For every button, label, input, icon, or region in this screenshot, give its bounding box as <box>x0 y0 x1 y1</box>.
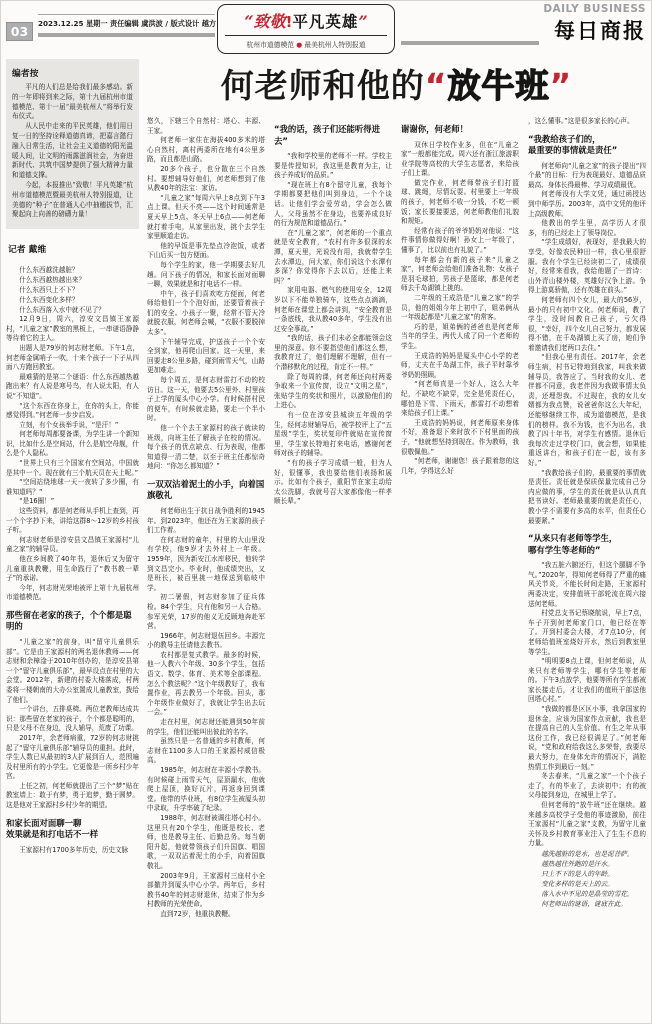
article-paragraph: 2017年，余老师病重，72岁的何志财挑起了“留守儿童俱乐部”辅导员的重担。此时… <box>6 734 139 782</box>
article-paragraph: 何老师出生于抗日战争胜利的1945年。到2023年，他还在为王家源的孩子们工作着… <box>147 507 265 536</box>
article-paragraph: 立刻，有个女孩举手说，“是汗！” <box>6 421 139 431</box>
riddle-answer: 越洗越脏的是水，也是泥菩萨。 <box>528 849 646 859</box>
article-paragraph: “儿童之家”的前身，叫“留守儿童俱乐部”。它是由王家源村的两名退休教师——何志财… <box>6 638 139 705</box>
article-paragraph: 12月9日，周六，淳安文昌镇王家源村，“儿童之家”教室的黑板上，一串谜语静静等待… <box>6 315 139 344</box>
article-paragraph: ，这么懂事。”这是很多家长的心声。 <box>528 117 646 127</box>
article-paragraph: “何老师真是一个好人，这么大年纪，不缺吃不缺穿，完全是凭责任心，哪怕是下雪、下雨… <box>401 380 519 418</box>
article-paragraph: 但何老师的“放牛班”还在继续。越来越多高校学子受他的事迹激励，前往王家源村“儿童… <box>528 801 646 849</box>
article-paragraph: “现在班上有8个留守儿童，我每个学期都要把他们叫到身边，一个个谈话。让他们学会爱… <box>274 181 392 229</box>
article-paragraph: 下午辅导完成，护送孩子一个个安全到家，他再爬山回家。这一天里，来回要走8公里多路… <box>147 338 265 376</box>
headline-prefix: 何老师和他的 <box>221 66 425 105</box>
section-subhead: 一双双沾着泥土的小手，向着国旗敬礼 <box>147 479 265 502</box>
article-paragraph: 经常有孩子的爷爷奶奶对他说：“这件事情你做得好啊！孙女上一年级了，懂事了，比以前… <box>401 227 519 256</box>
section-subhead: “从来只有老师等学生，哪有学生等老师的” <box>528 533 646 556</box>
article-paragraph: 农村都是复式教学。最多的时候，他一人教六个年级、30多个学生，包括语文、数学、体… <box>147 651 265 718</box>
article-paragraph: “空间站绕地球一天一夜转了多少圈，有谁知道吗？” <box>6 478 139 497</box>
article-paragraph: 虽然只是一名普通的乡村教师，何志财在1100多人口的王家源村威信极高。 <box>147 737 265 766</box>
article-columns: 悠久，下辖三个自然村：塔心、丰源、王家。何老师一家住在海拔400多米的塔心自然村… <box>147 117 646 1015</box>
thin-rule <box>38 14 215 15</box>
article-paragraph: 每年都会有新的孩子来“儿童之家”，何老师会给他们准备礼物：女孩子是羽毛球拍，男孩… <box>401 256 519 294</box>
editor-paragraph: 平凡的人们总是给我们最多感动。新的一年即将到来之际，第十九届杭州市道德模范、第十… <box>12 83 133 122</box>
article-paragraph: 上任之初，何老师就提出了三个“梦”贴在教室墙上：敢于有梦，勇于追梦，勤于圆梦。这… <box>6 782 139 811</box>
article-paragraph: “我的话，孩子们未必全都能领会这里的深意。你不要指望他们都这么想，我教育过了，他… <box>274 334 392 372</box>
article-paragraph: 走在村里，何志财还能遇到50年前的学生，他们还能叫出彼此的名字。 <box>147 718 265 737</box>
editor-paragraph: 今起，本报推出“致敬！平凡英雄”杭州市道德模范暨最美杭州人特别报道，让美德的“种… <box>12 181 133 220</box>
article-column-5: ，这么懂事。”这是很多家长的心声。“我教给孩子们的，最重要的事情就是责任”何老师… <box>528 117 646 1015</box>
header-left-rules: 2023.12.25 星期一 责任编辑 虞洪波 / 版式设计 越方 <box>38 14 215 37</box>
article-paragraph: 这些资料，都是何老师从手机上查到，再一个个字抄下来，讲给这群8～12岁的乡村孩子… <box>6 507 139 536</box>
masthead: DAILY BUSINESS 每日商报 <box>543 3 646 45</box>
section-subhead: 和家长面对面聊一聊效果就是和打电话不一样 <box>6 818 139 841</box>
section-subhead-line: 最重要的事情就是责任” <box>528 145 646 157</box>
headline-close-quote: ” <box>550 66 573 105</box>
section-subhead: “我的话，孩子们还能听得进去” <box>274 124 392 147</box>
article-paragraph: 1966年，何志财退伍回乡。丰源完小的教导主任请他去教书。 <box>147 632 265 651</box>
article-paragraph: “有的孩子学习成绩一般，但为人好，很懂事，我也要给他们表扬和展示。比如有个孩子，… <box>274 459 392 507</box>
article-paragraph: 每个学生的家，他一学期要去好几趟。问下孩子的情况，和家长面对面聊一聊，效果就是和… <box>147 261 265 290</box>
article-paragraph: 何志财老师是淳安县文昌镇王家源村“儿童之家”的辅导员。 <box>6 536 139 555</box>
article-paragraph: 20多个孩子，也分散在三个自然村。要想辅导好他们，何老师想到了他从教40年的法宝… <box>147 165 265 194</box>
article-paragraph: 村党总支书记蔡晓航说，早上7点，车子开到何老师家门口，他已经在等了。开到村委会大… <box>528 609 646 657</box>
article-paragraph: “世界上只有三个国家有空间站，中国就是其中一个。现在就有三个航天员在天上呢。” <box>6 459 139 478</box>
article-paragraph: “儿童之家”每周六早上8点到下午3点上课。但天不亮——这个时间通常是夏天早上5点… <box>147 194 265 242</box>
article-paragraph: 王成浩的妈妈是厦头中心小学的老师，丈夫在千岛湖工作，孩子平时靠爷爷奶奶照顾。 <box>401 352 519 381</box>
article-paragraph: 何老师向“儿童之家”的孩子提出“四个最”的目标：行为表现最好、道德品质最高、身体… <box>528 162 646 191</box>
banner-subtitle-left: 杭州市道德模范 <box>246 41 296 49</box>
section-subhead-line: “从来只有老师等学生， <box>528 533 646 545</box>
article-paragraph: “我做的都是区区小事，我拿国家的退休金，应该为国家作点贡献，我也是在提高自己的人… <box>528 705 646 772</box>
article-paragraph: 他教出的学生里，高学历人才很多，有的已经走上了领导岗位。 <box>528 219 646 238</box>
section-subhead-line: 那些留在老家的孩子，个个都是聪明的 <box>6 610 139 633</box>
article-column-3: “我的话，孩子们还能听得进去”“我和学校里的老师不一样。学校主要是传授知识，我这… <box>274 117 392 1015</box>
article-paragraph: 他的早饭是事先垫点冷泡饭，或者下山后买一包方便面。 <box>147 242 265 261</box>
section-subhead: 谢谢你，何老师！ <box>401 124 519 136</box>
banner-box: “致敬!平凡英雄” 杭州市道德模范 ● 最美杭州人特别报道 <box>217 4 395 54</box>
article-paragraph: 在“儿童之家”，何老师的一个重点就是安全教育，“农村有许多很深的水潭，夏天里，光… <box>274 229 392 287</box>
section-subhead-line: 一双双沾着泥土的小手，向着国旗敬礼 <box>147 479 265 502</box>
article-paragraph: 他在乡间教了40年书，退休后又为留守儿童重执教鞭，用生命践行了“教书教一辈子”的… <box>6 555 139 584</box>
masthead-chinese: 每日商报 <box>543 15 646 45</box>
article-paragraph: 中午，孩子们喜欢吃方便面，何老师给他们一个个泡好面，还要管着孩子们的安全。小孩子… <box>147 290 265 338</box>
article-paragraph: 他一个个去王家源村的孩子就读的班级，向班主任了解孩子在校的情况。每个孩子的优点缺… <box>147 424 265 472</box>
riddle-answer: 越热越往外跑的是汗水。 <box>528 859 646 869</box>
thick-rule <box>38 33 215 37</box>
article-paragraph: “这个东西在你身上，在你的头上，你能感觉得到。”何老师一步步启发。 <box>6 402 139 421</box>
banner-close-quote: ” <box>358 12 367 31</box>
masthead-english: DAILY BUSINESS <box>543 3 646 15</box>
article-paragraph: “我教给孩子们的，最重要的事情就是责任。责任就是保质保量完成自己分内应做的事，学… <box>528 469 646 527</box>
banner-subtitle-right: 最美杭州人特别报道 <box>302 41 365 49</box>
headline-open-quote: “ <box>425 66 448 105</box>
article-column-1: 什么东西越洗越脏？什么东西越热越出来？什么东西只上不下？什么东西变化多样？什么东… <box>6 265 139 855</box>
section-subhead-line: “我的话，孩子们还能听得进去” <box>274 124 392 147</box>
article-paragraph: 出题人是79岁的何志财老师。下午1点，何老师金属哨子一吹，十来个孩子一下子从四面… <box>6 344 139 373</box>
article-paragraph: “我五脏六腑还行，但这个腿脚不争气。”2020年，得知何老师得了严重的痛风关节炎… <box>528 561 646 609</box>
editor-note-title: 编者按 <box>12 66 133 79</box>
section-subhead: “我教给孩子们的，最重要的事情就是责任” <box>528 134 646 157</box>
article-paragraph: 在何志财的童年，村里的大山里没有学校，他9岁才去外村上一年级。1959年，因为新… <box>147 536 265 594</box>
article-paragraph: “但我心里有责任。2017年，余老师生病，村书记特地到我家，叫我来做辅导员，我答… <box>528 353 646 468</box>
riddle-line: 什么东西落入水中就不见了？ <box>6 305 139 315</box>
article-paragraph: 初二暑假，何志财参加了征兵体检。84个学生，只有他和另一人合格。参军光荣，17岁… <box>147 593 265 631</box>
main-article-area: 何老师和他的“放牛班” 悠久，下辖三个自然村：塔心、丰源、王家。何老师一家住在海… <box>147 59 646 1019</box>
riddle-line: 什么东西只上不下？ <box>6 285 139 295</box>
article-paragraph: “明明要8点上课，但何老师说，从来只有老师等学生，哪有学生等老师的。下午3点放学… <box>528 657 646 705</box>
article-column-4: 谢谢你，何老师！双休日学校作业多，但在“儿童之家”一般都能完成。周六还有浙江旅游… <box>401 117 519 1015</box>
editor-note-box: 编者按 平凡的人们总是给我们最多感动。新的一年即将到来之际，第十九届杭州市道德模… <box>6 59 139 229</box>
riddle-line: 什么东西变化多样？ <box>6 295 139 305</box>
section-subhead-line: 效果就是和打电话不一样 <box>6 829 139 841</box>
riddle-answer: 变化多样的是天上的云。 <box>528 879 646 889</box>
editor-note-body: 平凡的人们总是给我们最多感动。新的一年即将到来之际，第十九届杭州市道德模范、第十… <box>12 83 133 220</box>
article-paragraph: 一个讲台，五排桌椅。两位老教师达成共识：那些留在老家的孩子，个个都是聪明的，只是… <box>6 705 139 734</box>
riddle-line: 什么东西越洗越脏？ <box>6 265 139 275</box>
banner-bold-word: 平凡英雄 <box>292 13 358 31</box>
banner-title: “致敬!平凡英雄” <box>218 5 394 32</box>
article-paragraph: 每个周五，是何志财雷打不动的校访日。这一天，他要去5公里外、村里孩子上学的厦头中… <box>147 376 265 424</box>
headline: 何老师和他的“放牛班” <box>147 59 646 117</box>
article-paragraph: 做完作业，何老师带孩子们打篮球、跳绳，尽情玩耍。村里要上一年级的孩子，何老师不收… <box>401 179 519 227</box>
article-paragraph: 家用电器、燃气的使用安全，12周岁以下不能单独骑车，这些点点滴滴，何老师在课堂上… <box>274 286 392 334</box>
article-paragraph: 冬去春来，“儿童之家”一个个孩子走了，有的毕业了，去读初中；有的被父母接到身边，… <box>528 772 646 801</box>
left-column: 编者按 平凡的人们总是给我们最多感动。新的一年即将到来之际，第十九届杭州市道德模… <box>6 59 139 1019</box>
article-paragraph: 巧的是，姐弟俩的爸爸也是何老师当年的学生，两代人成了同一个老师的学生。 <box>401 323 519 352</box>
article-paragraph: 2003年9月，王家源村三座村小全部撤并到厦头中心小学。两年后，乡村教书40年的… <box>147 872 265 910</box>
article-paragraph: “我和学校里的老师不一样。学校主要是传授知识，我这里是教育为主，让孩子养成好的品… <box>274 152 392 181</box>
riddle-answer: 只上不下的是人的年龄。 <box>528 869 646 879</box>
byline: 记者 戴维 <box>8 242 137 255</box>
headline-quoted-word: 放牛班 <box>448 66 550 105</box>
banner-open-quote: “ <box>244 12 253 31</box>
riddle-line: 什么东西越热越出来？ <box>6 275 139 285</box>
riddle-answer: 何老师出的谜语，谜底在此。 <box>528 899 646 909</box>
article-paragraph: 1985年，何志财在丰源小学教书。有时候碰上雨雪天气，屋顶漏水，他就爬上屋顶，换… <box>147 766 265 814</box>
article-paragraph: 双休日学校作业多，但在“儿童之家”一般都能完成。周六还有浙江旅游职业学院等高校的… <box>401 141 519 179</box>
article-column-2: 悠久，下辖三个自然村：塔心、丰源、王家。何老师一家住在海拔400多米的塔心自然村… <box>147 117 265 1015</box>
newspaper-page: 03 2023.12.25 星期一 责任编辑 虞洪波 / 版式设计 越方 “致敬… <box>0 0 652 1024</box>
section-subhead: 那些留在老家的孩子，个个都是聪明的 <box>6 610 139 633</box>
article-paragraph: 何老师有四个女儿，最大的56岁，最小的只有初中文化。何老师说，教了学生，没时间教… <box>528 296 646 354</box>
section-subhead-line: “我教给孩子们的， <box>528 134 646 146</box>
section-subhead-line: 谢谢你，何老师！ <box>401 124 519 136</box>
article-paragraph: 王成浩的妈妈说，何老师原来身体不好，准备退下来时放不下村里面的孩子，“他就想坚持… <box>401 419 519 457</box>
article-paragraph: “何老师，谢谢您！孩子跟着您的这几年，学得这么好 <box>401 457 519 476</box>
banner-script-word: 致敬 <box>254 12 286 31</box>
article-paragraph: 直到72岁，他重执教鞭。 <box>147 910 265 920</box>
article-paragraph: 悠久，下辖三个自然村：塔心、丰源、王家。 <box>147 117 265 136</box>
page-number: 03 <box>6 22 33 41</box>
section-subhead-line: 哪有学生等老师的” <box>528 545 646 557</box>
article-paragraph: 今年，何志财光荣地被评上第十九届杭州市道德模范。 <box>6 584 139 603</box>
article-paragraph: 除了每周的课，何老师还向村两委争取来一个宣传窗，设立“文明之星”，张贴学生的奖状… <box>274 373 392 411</box>
article-paragraph: 王家源村有1700多年历史，历史文脉 <box>6 846 139 856</box>
article-paragraph: 何老师没有大学文凭，通过函授达到中师学历。2003年，高中文凭的他评上高级教师。 <box>528 190 646 219</box>
section-subhead-line: 和家长面对面聊一聊 <box>6 818 139 830</box>
editor-paragraph: 从人民中走来的平民英雄，他们用日复一日的坚持诠释道德真谛，把嘉言懿行融入日常生活… <box>12 122 133 181</box>
article-paragraph: “学生成绩好，表现好，是我最大的享受，好像农民种田一样，我心里很舒服。我有个学生… <box>528 238 646 296</box>
page-content: 编者按 平凡的人们总是给我们最多感动。新的一年即将到来之际，第十九届杭州市道德模… <box>1 57 651 1019</box>
article-paragraph: 最难猜的是第二个谜语：什么东西越热越跑出来？有人说是寒号鸟，有人说太阳，有人说“… <box>6 373 139 402</box>
article-paragraph: 有一位在淳安县城读五年级的学生，经何志财辅导后，被学校评上了“五星级”学生，奖状… <box>274 411 392 459</box>
riddle-answer: 落入水中不见的是晶莹的雪花。 <box>528 889 646 899</box>
article-paragraph: 何老师每周都要备课，为学生讲一个新知识，比如什么是空间站，什么是航空母舰，什么是… <box>6 430 139 459</box>
article-paragraph: “是16圈！” <box>6 497 139 507</box>
banner-subtitle: 杭州市道德模范 ● 最美杭州人特别报道 <box>225 35 387 49</box>
article-paragraph: 何老师一家住在海拔400多米的塔心自然村，离村两委所在地有4公里多路，而且都是山… <box>147 136 265 165</box>
article-paragraph: 二年级的王成浩是“儿童之家”的学员，他的姐姐今年上初中了，姐弟俩从一年级起都是“… <box>401 294 519 323</box>
article-paragraph: 1988年，何志财被调往塔心村小。这里只有20个学生，他既是校长、老师，也是教导… <box>147 814 265 872</box>
thick-rule-middle <box>401 41 539 45</box>
page-header: 03 2023.12.25 星期一 责任编辑 虞洪波 / 版式设计 越方 “致敬… <box>1 1 651 57</box>
date-line: 2023.12.25 星期一 责任编辑 虞洪波 / 版式设计 越方 <box>38 19 215 29</box>
